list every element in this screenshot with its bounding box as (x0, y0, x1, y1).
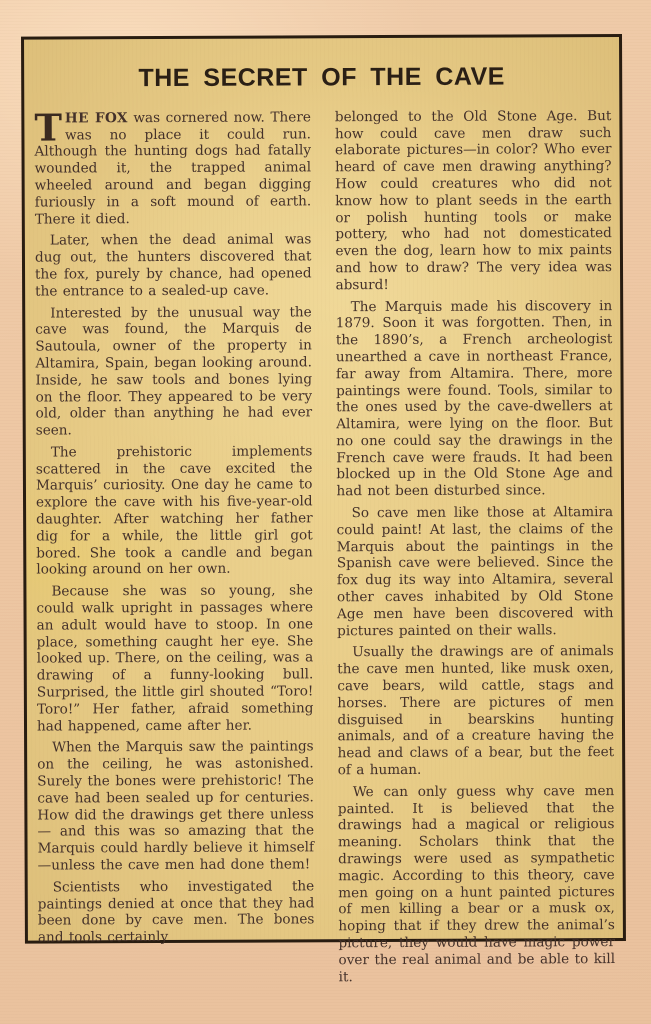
paragraph-opening: THE FOX was cornered now. There was no p… (34, 109, 311, 228)
paragraph: Usually the drawings are of animals the … (337, 643, 614, 779)
page-title: THE SECRET OF THE CAVE (24, 62, 619, 94)
drop-cap-letter: T (34, 110, 65, 141)
paragraph: When the Marquis saw the paintings on th… (37, 739, 314, 875)
right-column: belonged to the Old Stone Age. But how c… (335, 108, 615, 991)
paragraph: Interested by the unusual way the cave w… (35, 304, 312, 440)
paragraph: The Marquis made his discovery in 1879. … (336, 298, 613, 501)
paragraph-continuation: belonged to the Old Stone Age. But how c… (335, 108, 612, 294)
opening-text: was cornered now. There was no place it … (34, 109, 311, 227)
paragraph: Later, when the dead animal was dug out,… (35, 232, 312, 300)
text-columns: THE FOX was cornered now. There was no p… (34, 108, 615, 992)
left-column: THE FOX was cornered now. There was no p… (34, 109, 314, 992)
comic-page-frame: THE SECRET OF THE CAVE THE FOX was corne… (21, 34, 626, 944)
paragraph: Because she was so young, she could walk… (36, 583, 313, 735)
lead-caps-text: HE FOX (65, 110, 128, 126)
paragraph: Scientists who investigated the painting… (38, 878, 315, 946)
paragraph: We can only guess why cave men painted. … (338, 783, 615, 986)
paragraph: So cave men like those at Altamira could… (337, 504, 614, 640)
paragraph: The prehistoric implements scattered in … (36, 443, 313, 579)
